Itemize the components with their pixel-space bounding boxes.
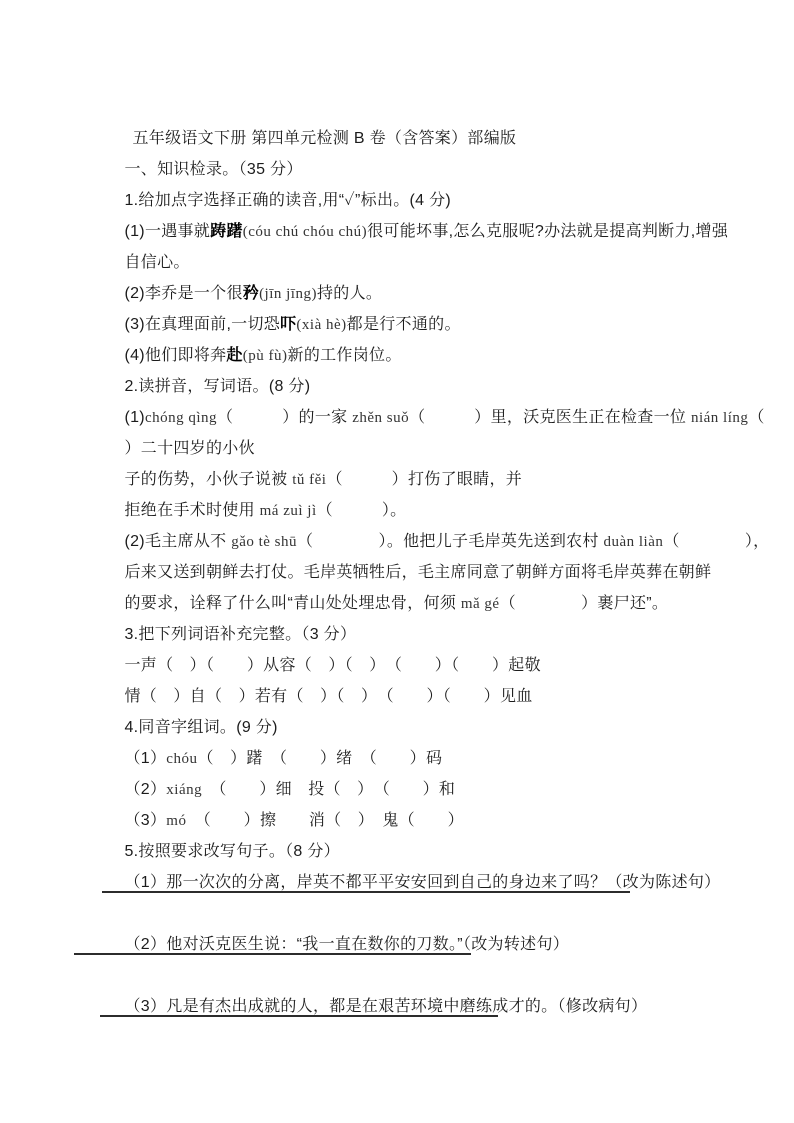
pinyin-clue: tǔ fěi [292,472,326,488]
pinyin-clue: mǎ gé [461,596,500,612]
answer-line-3 [96,991,770,1022]
q5-item-2: （2）他对沃克医生说：“我一直在数你的刀数。”（改为转述句） [96,898,770,929]
answer-blank: （ ）躇 （ ）绪 （ ）码 [197,750,442,767]
answer-blank: （ ）， [663,533,769,550]
pinyin-clue: má zuì jì [260,503,317,519]
answer-line-1 [96,867,770,898]
dotted-word: 吓 [280,316,296,333]
pinyin-clue: nián líng [691,410,748,426]
pinyin-clue: chóu [166,751,197,767]
document-page: 五年级语文下册 第四单元检测 B 卷（含答案）部编版 一、知识检录。（35 分）… [0,0,794,1123]
answer-blank: （ ）打伤了眼睛，并 [326,471,522,488]
pinyin-clue: chóng qìng [145,410,217,426]
pinyin-options: (pù fù) [243,348,288,364]
answer-line-2 [96,929,770,960]
q5-item-3: （3）凡是有杰出成就的人，都是在艰苦环境中磨练成才的。（修改病句） [96,960,770,991]
answer-underline [102,891,630,893]
answer-blank: （ ）。 [317,502,407,519]
dotted-word: 矜 [243,285,259,302]
answer-blank: （ ）。他把儿子毛岸英先送到农村 [297,533,603,550]
section-one-heading-text: 一、知识检录。（35 分） [124,161,302,178]
pinyin-clue: duàn liàn [603,534,663,550]
pinyin-clue: xiáng [166,782,202,798]
pinyin-options: (xià hè) [296,317,346,333]
dotted-word: 赴 [226,347,242,364]
pinyin-options: (jīn jīng) [259,286,317,302]
q1-item-2: (2)李乔是一个很矜(jīn jīng)持的人。 [96,247,770,278]
answer-blank: （ ）擦 消（ ） 鬼（ ） [186,812,463,829]
pinyin-clue: gǎo tè shū [231,534,297,550]
document-content: 五年级语文下册 第四单元检测 B 卷（含答案）部编版 一、知识检录。（35 分）… [0,0,794,1022]
page-title: 五年级语文下册 第四单元检测 B 卷（含答案）部编版 [104,92,770,123]
answer-blank: （ ）细 投（ ） （ ）和 [202,781,455,798]
answer-underline [100,1015,498,1017]
answer-blank: （ ）裹尸还”。 [500,595,669,612]
pinyin-clue: zhěn suǒ [352,410,409,426]
answer-blank: （ ）的一家 [217,409,352,426]
dotted-word: 踌躇 [210,223,243,240]
answer-blank: （ ）里，沃克医生正在检查一位 [409,409,691,426]
pinyin-clue: mó [166,813,186,829]
page-title-text: 五年级语文下册 第四单元检测 B 卷（含答案）部编版 [132,130,516,147]
answer-underline [74,953,471,955]
pinyin-options: (cóu chú chóu chú) [243,224,367,240]
